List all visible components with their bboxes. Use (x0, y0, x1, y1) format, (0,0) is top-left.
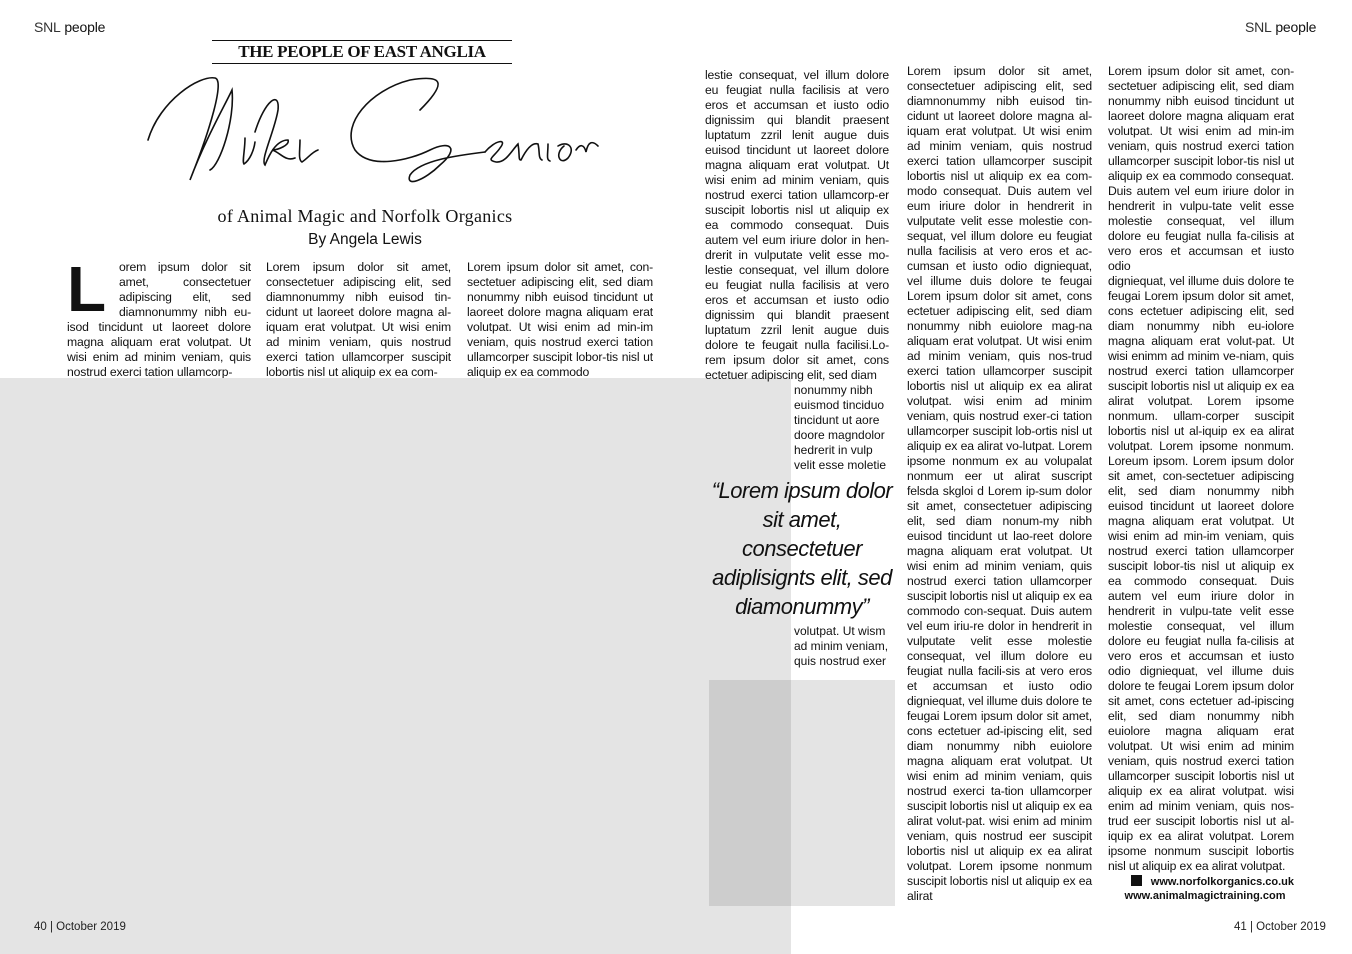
body-column-5: Lorem ipsum dolor sit amet, consectetuer… (907, 64, 1092, 904)
subtitle: of Animal Magic and Norfolk Organics (160, 206, 570, 227)
narrow-line: tincidunt ut aore (794, 413, 890, 428)
gray-overlap-region (709, 680, 791, 906)
body-column-4: lestie consequat, vel illum dolore eu fe… (705, 68, 889, 383)
body-column-6: Lorem ipsum dolor sit amet, con-sectetue… (1108, 64, 1294, 874)
narrow-text-tail: volutpat. Ut wism ad minim veniam, quis … (794, 624, 890, 669)
narrow-line: volutpat. Ut wism (794, 624, 890, 639)
kicker-heading: THE PEOPLE OF EAST ANGLIA (212, 40, 512, 64)
pull-quote: “Lorem ipsum dolor sit amet, consectetue… (706, 476, 898, 621)
column-text: Lorem ipsum dolor sit amet, consectetuer… (907, 64, 1092, 904)
narrow-line: ad minim veniam, (794, 639, 890, 654)
column-text: lestie consequat, vel illum dolore eu fe… (705, 68, 889, 383)
narrow-line: hedrerit in vulp (794, 443, 890, 458)
body-column-3: Lorem ipsum dolor sit amet, con-sectetue… (467, 260, 653, 378)
gray-background-panel (0, 378, 791, 954)
column-text: Lorem ipsum dolor sit amet, con-sectetue… (467, 260, 653, 378)
running-head-section: people (64, 19, 105, 35)
byline: By Angela Lewis (160, 231, 570, 249)
link-norfolk-organics[interactable]: www.norfolkorganics.co.uk (1151, 876, 1294, 888)
narrow-line: doore magndolor (794, 428, 890, 443)
narrow-line: velit esse moletie (794, 458, 890, 473)
running-head-section: people (1275, 19, 1316, 35)
body-column-2: Lorem ipsum dolor sit amet, consectetuer… (266, 260, 451, 378)
end-mark-square-icon (1131, 875, 1142, 886)
column-text: digniequat, vel illume duis dolore te fe… (1108, 274, 1294, 874)
body-column-1: L orem ipsum dolor sit amet, consectetue… (67, 260, 251, 378)
column-text: Lorem ipsum dolor sit amet, con-sectetue… (1108, 64, 1294, 274)
script-title-niki-senior: Niki Senior (140, 70, 600, 190)
narrow-line: quis nostrud exer (794, 654, 890, 669)
website-links: www.norfolkorganics.co.uk www.animalmagi… (1108, 875, 1294, 903)
drop-cap: L (67, 264, 105, 318)
column-text: Lorem ipsum dolor sit amet, consectetuer… (266, 260, 451, 378)
page-number-right: 41 | October 2019 (1234, 921, 1326, 933)
narrow-line: euismod tinciduo (794, 398, 890, 413)
running-head-left: SNL people (34, 19, 105, 35)
link-animal-magic[interactable]: www.animalmagictraining.com (1108, 889, 1294, 903)
running-head-prefix: SNL (1245, 19, 1272, 35)
narrow-text-block: nonummy nibh euismod tinciduo tincidunt … (794, 383, 890, 473)
running-head-prefix: SNL (34, 19, 61, 35)
running-head-right: SNL people (1245, 19, 1316, 35)
page-number-left: 40 | October 2019 (34, 921, 126, 933)
narrow-line: nonummy nibh (794, 383, 890, 398)
